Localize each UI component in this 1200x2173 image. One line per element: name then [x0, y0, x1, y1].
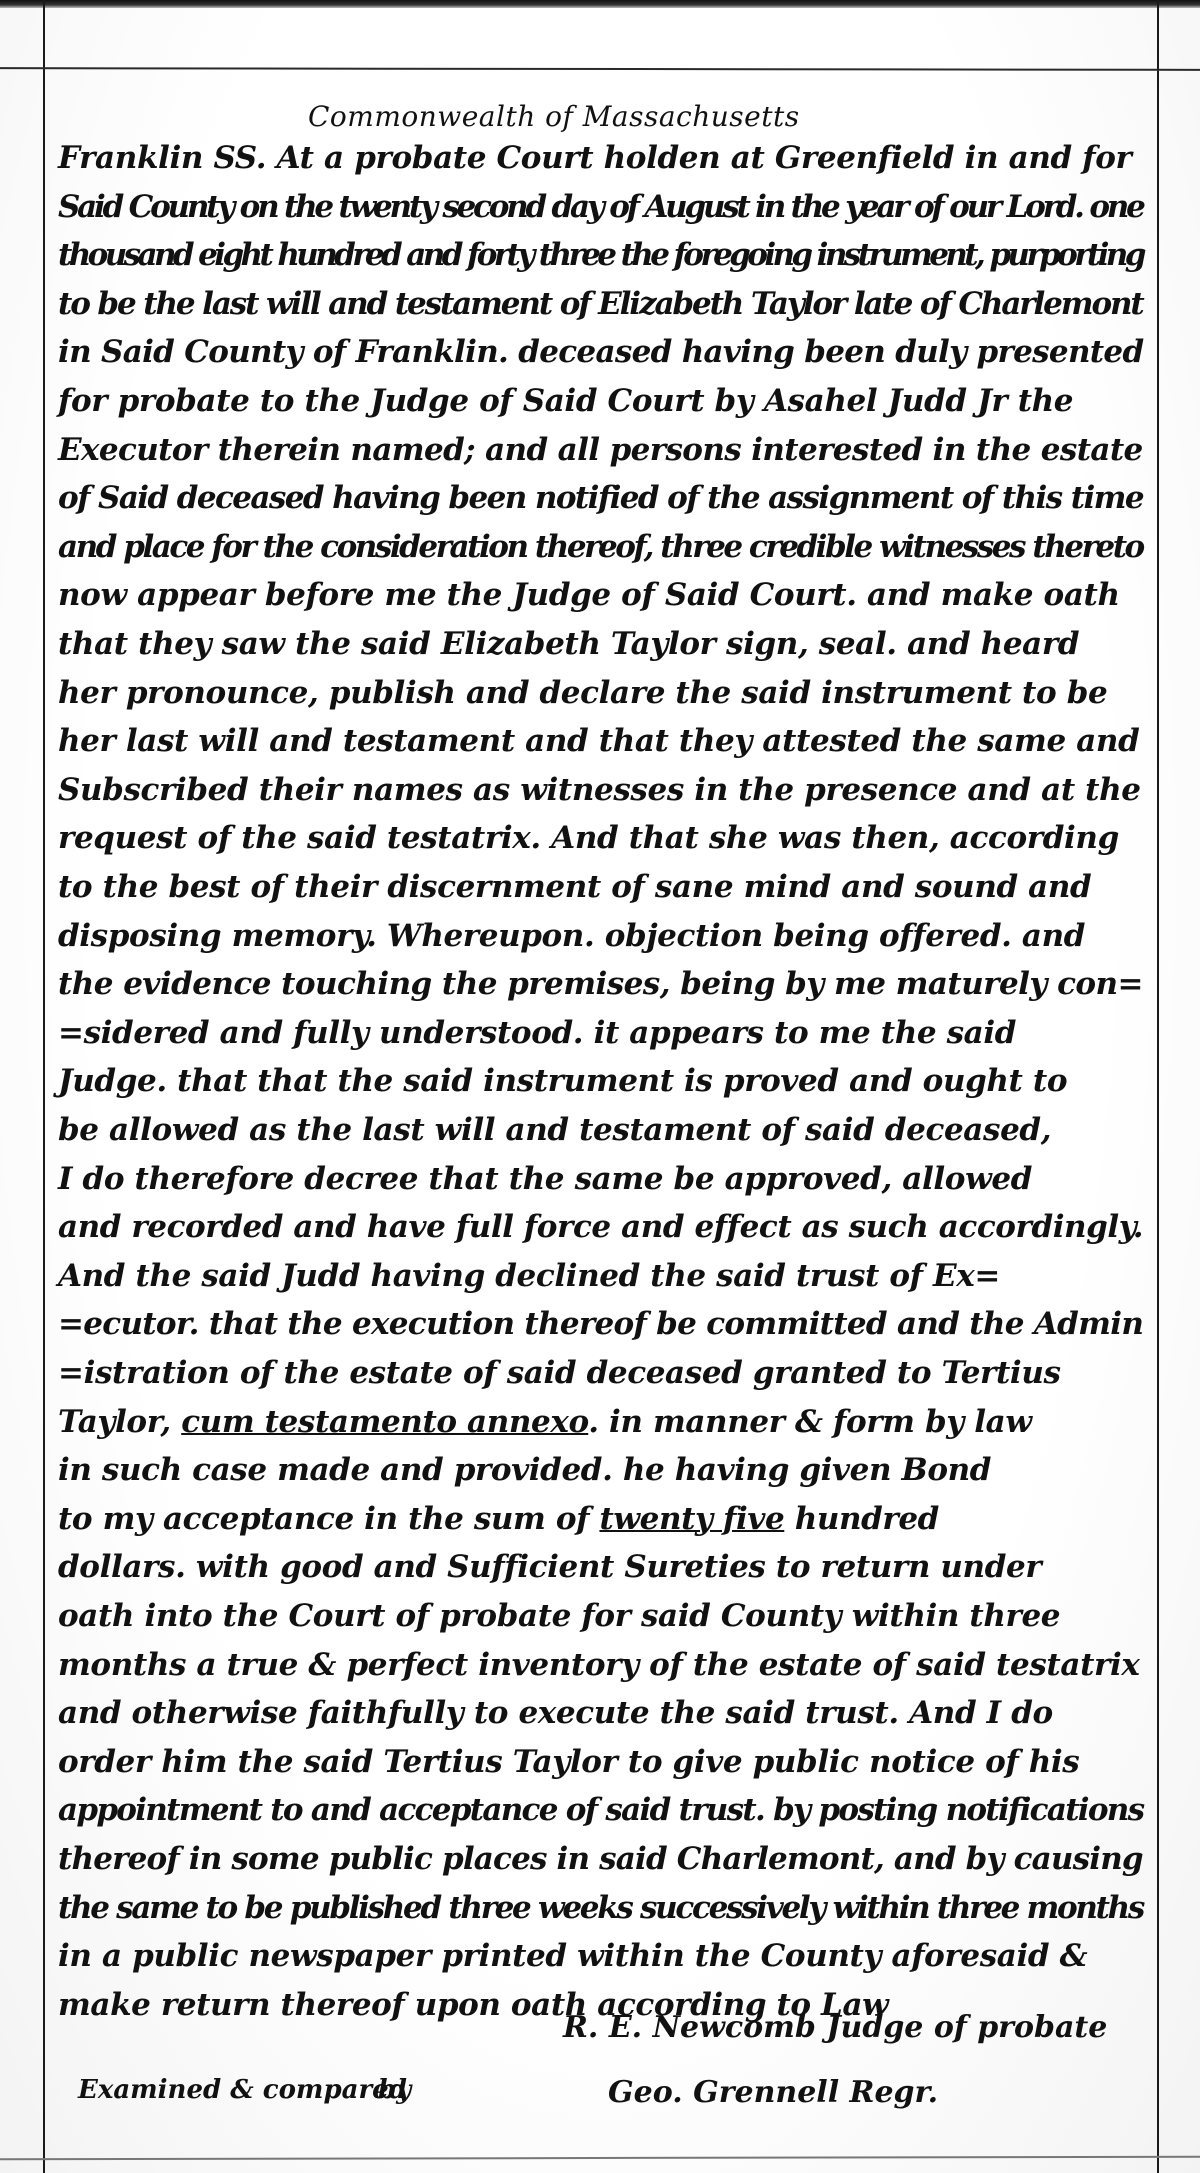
record-line: her pronounce, publish and declare the s…	[58, 673, 1148, 713]
record-line: now appear before me the Judge of Said C…	[58, 575, 1148, 615]
scan-top-edge	[0, 0, 1200, 8]
record-line: in a public newspaper printed within the…	[58, 1936, 1148, 1976]
record-line: to be the last will and testament of Eli…	[58, 284, 1148, 324]
record-line: and recorded and have full force and eff…	[58, 1207, 1148, 1247]
register-signature: Geo. Grennell Regr.	[608, 2075, 938, 2110]
examined-by: by	[378, 2075, 411, 2105]
record-line: Taylor, cum testamento annexo. in manner…	[58, 1402, 1148, 1442]
record-line: oath into the Court of probate for said …	[58, 1596, 1148, 1636]
record-line: Executor therein named; and all persons …	[58, 430, 1148, 470]
record-line: in Said County of Franklin. deceased hav…	[58, 332, 1148, 372]
record-line: to the best of their discernment of sane…	[58, 867, 1148, 907]
record-line: and place for the consideration thereof,…	[58, 527, 1148, 567]
record-line: And the said Judd having declined the sa…	[58, 1256, 1148, 1296]
record-line: months a true & perfect inventory of the…	[58, 1645, 1148, 1685]
record-line: Judge. that that the said instrument is …	[58, 1061, 1148, 1101]
record-line: I do therefore decree that the same be a…	[58, 1159, 1148, 1199]
record-line: the same to be published three weeks suc…	[58, 1888, 1148, 1928]
record-line: and otherwise faithfully to execute the …	[58, 1693, 1148, 1733]
document-heading: Commonwealth of Massachusetts	[308, 100, 800, 133]
record-line: =istration of the estate of said decease…	[58, 1353, 1148, 1393]
record-line: request of the said testatrix. And that …	[58, 818, 1148, 858]
record-line: appointment to and acceptance of said tr…	[58, 1790, 1148, 1830]
record-line: to my acceptance in the sum of twenty fi…	[58, 1499, 1148, 1539]
record-line: order him the said Tertius Taylor to giv…	[58, 1742, 1148, 1782]
underlined-phrase: cum testamento annexo	[181, 1404, 588, 1440]
record-line: be allowed as the last will and testamen…	[58, 1110, 1148, 1150]
record-line: her last will and testament and that the…	[58, 721, 1148, 761]
record-line: the evidence touching the premises, bein…	[58, 964, 1148, 1004]
record-line: =ecutor. that the execution thereof be c…	[58, 1304, 1148, 1344]
examined-note: Examined & compared	[78, 2075, 407, 2105]
record-line: =sidered and fully understood. it appear…	[58, 1013, 1148, 1053]
record-line: Said County on the twenty second day of …	[58, 187, 1148, 227]
record-line: for probate to the Judge of Said Court b…	[58, 381, 1148, 421]
left-margin-rule	[43, 0, 45, 2173]
right-margin-rule	[1157, 0, 1159, 2173]
record-line: of Said deceased having been notified of…	[58, 478, 1148, 518]
record-line: disposing memory. Whereupon. objection b…	[58, 916, 1148, 956]
record-line: dollars. with good and Sufficient Sureti…	[58, 1547, 1148, 1587]
record-line: Franklin SS. At a probate Court holden a…	[58, 138, 1148, 178]
record-line: thereof in some public places in said Ch…	[58, 1839, 1148, 1879]
record-line: Subscribed their names as witnesses in t…	[58, 770, 1148, 810]
judge-signature: R. E. Newcomb Judge of probate	[563, 2010, 1107, 2045]
record-line: in such case made and provided. he havin…	[58, 1450, 1148, 1490]
record-line: that they saw the said Elizabeth Taylor …	[58, 624, 1148, 664]
record-line: thousand eight hundred and forty three t…	[58, 235, 1148, 275]
underlined-phrase: twenty five	[599, 1501, 784, 1537]
